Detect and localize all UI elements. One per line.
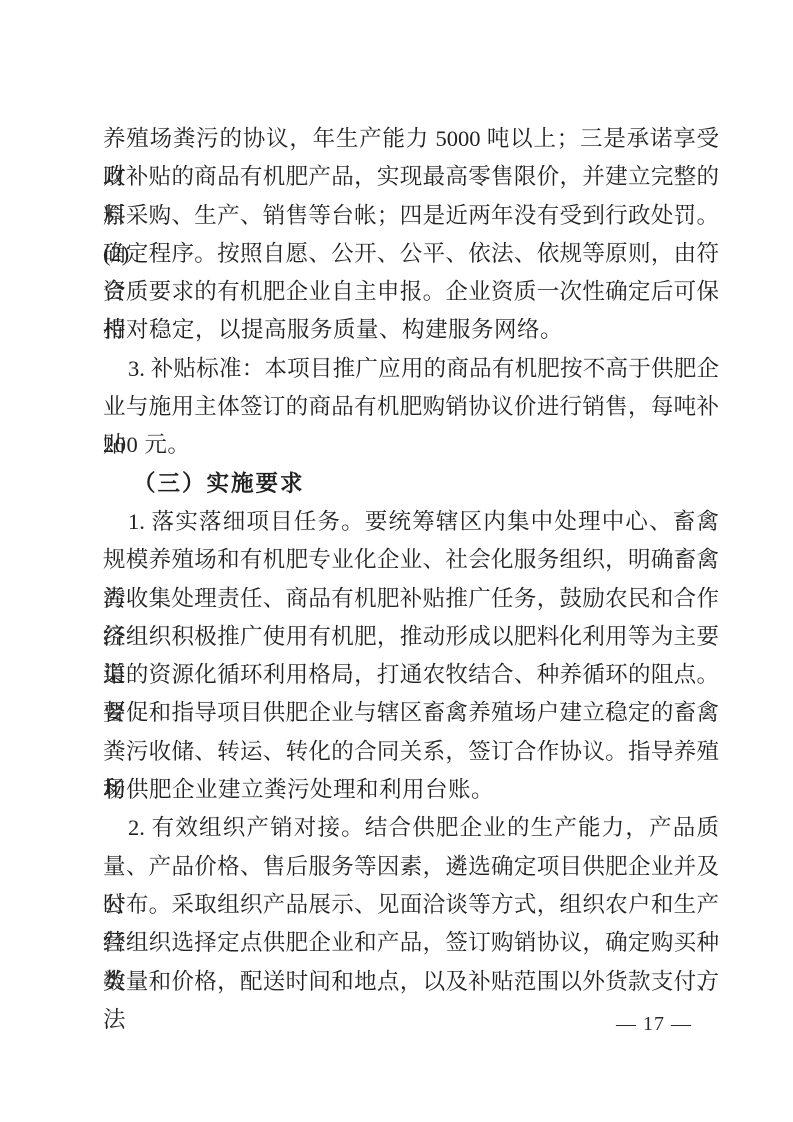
document-page: 养殖场粪污的协议，年生产能力 5000 吨以上；三是承诺享受财政补贴的商品有机肥… [0, 0, 793, 1122]
text-line: 和供肥企业建立粪污处理和利用台账。 [103, 771, 719, 809]
text-line: 济组织积极推广使用有机肥，推动形成以肥料化利用等为主要渠 [103, 618, 719, 656]
text-line: 规模养殖场和有机肥专业化企业、社会化服务组织，明确畜禽粪 [103, 541, 719, 579]
text-line: 公布。采取组织产品展示、见面洽谈等方式，组织农户和生产经 [103, 886, 719, 924]
text-line: 政补贴的商品有机肥产品，实现最高零售限价，并建立完整的原 [103, 158, 719, 196]
text-line: 200 元。 [103, 426, 719, 464]
text-line: 营组织选择定点供肥企业和产品，签订购销协议，确定购买种类、 [103, 924, 719, 962]
text-line: 相对稳定，以提高服务质量、构建服务网络。 [103, 311, 719, 349]
text-line: 资质要求的有机肥企业自主申报。企业资质一次性确定后可保持 [103, 273, 719, 311]
text-line: 粪污收储、转运、转化的合同关系，签订合作协议。指导养殖场 [103, 733, 719, 771]
page-number: — 17 — [616, 1012, 692, 1036]
text-line: 污收集处理责任、商品有机肥补贴推广任务，鼓励农民和合作经 [103, 580, 719, 618]
text-line: 料采购、生产、销售等台帐；四是近两年没有受到行政处罚。(2) [103, 197, 719, 235]
text-line: 确定程序。按照自愿、公开、公平、依法、依规等原则，由符合 [103, 235, 719, 273]
document-body: 养殖场粪污的协议，年生产能力 5000 吨以上；三是承诺享受财政补贴的商品有机肥… [103, 120, 719, 1001]
text-line: 业与施用主体签订的商品有机肥购销协议价进行销售，每吨补贴 [103, 388, 719, 426]
text-line: 量、产品价格、售后服务等因素，遴选确定项目供肥企业并及时 [103, 848, 719, 886]
text-line: （三）实施要求 [103, 465, 719, 503]
text-line: 数量和价格，配送时间和地点，以及补贴范围以外货款支付方法 [103, 963, 719, 1001]
text-line: 2. 有效组织产销对接。结合供肥企业的生产能力，产品质 [103, 809, 719, 847]
text-line: 1. 落实落细项目任务。要统筹辖区内集中处理中心、畜禽 [103, 503, 719, 541]
text-line: 3. 补贴标准：本项目推广应用的商品有机肥按不高于供肥企 [103, 350, 719, 388]
text-line: 养殖场粪污的协议，年生产能力 5000 吨以上；三是承诺享受财 [103, 120, 719, 158]
text-line: 道的资源化循环利用格局，打通农牧结合、种养循环的阻点。要 [103, 656, 719, 694]
text-line: 督促和指导项目供肥企业与辖区畜禽养殖场户建立稳定的畜禽 [103, 694, 719, 732]
